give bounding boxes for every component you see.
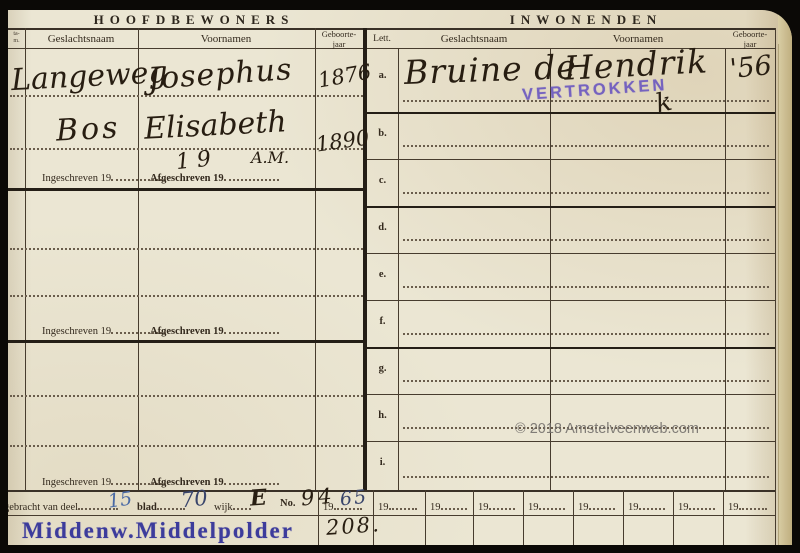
deel-value: 15	[107, 489, 134, 511]
row-letter: i.	[367, 457, 398, 468]
row-d: d.	[367, 206, 775, 254]
row-b: b.	[367, 112, 775, 160]
section1-afgeschreven-label: Afgeschreven 19	[150, 170, 279, 185]
year-cell-6: 19	[578, 499, 615, 514]
year-cell-4: 19	[478, 499, 515, 514]
row-e: e.	[367, 253, 775, 301]
row-letter: e.	[367, 269, 398, 280]
lett-header: Lett.	[373, 35, 391, 45]
year-cell-1-value: 65	[339, 488, 369, 510]
table-right-rule	[775, 28, 776, 545]
page-edge	[778, 10, 792, 545]
district-stamp: Middenw.Middelpolder	[22, 518, 294, 544]
footer-v3	[425, 490, 426, 545]
row-i: i.	[367, 441, 775, 490]
row-write-line	[403, 192, 769, 194]
section2-ingeschreven-label: Ingeschreven 19	[42, 323, 166, 338]
year-cell-5: 19	[528, 499, 565, 514]
footer-v8	[673, 490, 674, 545]
row-letter: b.	[367, 128, 398, 139]
row-letter: h.	[367, 410, 398, 421]
row-write-line	[403, 333, 769, 335]
wijk-label: wijk	[214, 499, 251, 514]
right-section-title: INWONENDEN	[510, 13, 662, 26]
row-write-line	[403, 239, 769, 241]
year-cell-8: 19	[678, 499, 715, 514]
row-letter: a.	[367, 70, 398, 81]
left-col1-rule	[138, 28, 139, 490]
left-birthyear-header: Geboorte- jaar	[322, 30, 356, 50]
entry-line-5	[10, 395, 363, 397]
row-write-line	[403, 476, 769, 478]
entry-line-6	[10, 445, 363, 447]
left-surname-header: Geslachtsnaam	[48, 34, 115, 45]
row-letter: g.	[367, 363, 398, 374]
footer-v9	[723, 490, 724, 545]
house-number: 208.	[325, 514, 381, 539]
page-edge-crease	[778, 44, 779, 545]
row-letter: f.	[367, 316, 398, 327]
section1-bottom-rule	[8, 188, 364, 191]
left-col2-rule	[315, 28, 316, 490]
transfer-label: gebracht van deel	[8, 499, 118, 514]
entry-firstnames-2: Elisabeth	[143, 107, 287, 144]
left-section-title: HOOFDBEWONERS	[94, 13, 295, 26]
row-f: f.	[367, 300, 775, 349]
stub-header: ta- m.	[8, 31, 25, 45]
entry-surname-2: Bos	[55, 113, 121, 146]
row-a-year: '56	[729, 52, 773, 83]
wijk-value: E	[249, 486, 267, 509]
entry-line-4	[10, 295, 363, 297]
scanned-register-card: HOOFDBEWONERS INWONENDEN ta- m. Geslacht…	[0, 0, 800, 553]
watermark: © 2018 Amstelveenweb.com	[515, 421, 699, 437]
footer-mid-rule	[8, 515, 775, 516]
row-c: c.	[367, 159, 775, 208]
entry-line-3	[10, 248, 363, 250]
year-cell-7: 19	[628, 499, 665, 514]
year-cell-3: 19	[430, 499, 467, 514]
year-cell-9: 19	[728, 499, 767, 514]
footer-v5	[523, 490, 524, 545]
table-top-rule	[8, 28, 775, 30]
section1-ingeschreven-label: Ingeschreven 19	[42, 170, 166, 185]
footer-v6	[573, 490, 574, 545]
row-g: g.	[367, 347, 775, 395]
row-letter: c.	[367, 175, 398, 186]
left-firstnames-header: Voornamen	[201, 34, 252, 45]
right-birthyear-header: Geboorte- jaar	[733, 30, 767, 50]
row-letter: d.	[367, 222, 398, 233]
footer-v7	[623, 490, 624, 545]
row-write-line	[403, 286, 769, 288]
section3-ingeschreven-label: Ingeschreven 19	[42, 474, 166, 489]
row-write-line	[403, 380, 769, 382]
section2-afgeschreven-label: Afgeschreven 19	[150, 323, 279, 338]
section2-bottom-rule	[8, 340, 364, 343]
right-surname-header: Geslachtsnaam	[441, 34, 508, 45]
entry-initials-2: A.M.	[251, 150, 289, 166]
no-label: No.	[280, 499, 295, 510]
footer-v4	[473, 490, 474, 545]
blad-value: 70	[180, 488, 209, 512]
entry-surname-1: Langeweg	[10, 58, 168, 96]
blad-label: blad	[137, 499, 185, 514]
year-cell-2: 19	[378, 499, 417, 514]
entry-firstnames-1: Josephus	[147, 55, 293, 95]
register-page: HOOFDBEWONERS INWONENDEN ta- m. Geslacht…	[8, 10, 792, 545]
row-write-line	[403, 145, 769, 147]
